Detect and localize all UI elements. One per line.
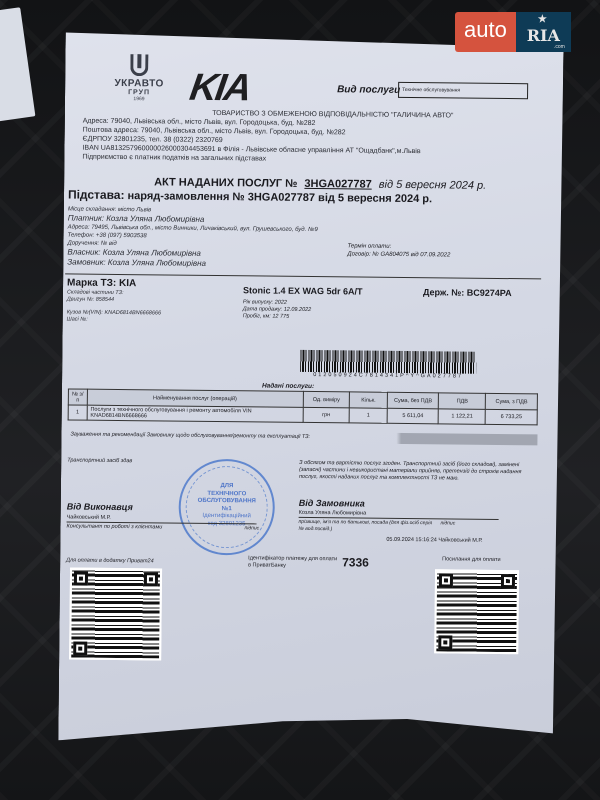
act-number: 3HGA027787 [304, 178, 371, 191]
barcode-text: 012050924C7814341P^Y^GA027787 [300, 372, 476, 380]
privat24-qr-code[interactable] [69, 567, 162, 660]
table-cell: грн [303, 407, 350, 422]
payment-id-label: Ідентифікатор платежу для оплати в Прива… [248, 555, 338, 570]
customer: Замовник: Козла Уляна Любомирівна [67, 257, 367, 270]
service-type-value: Технічне обслуговування [398, 82, 528, 99]
column-header: ПДВ [439, 393, 486, 409]
table-cell: 6 733,25 [485, 409, 537, 425]
company-details: ТОВАРИСТВО З ОБМЕЖЕНОЮ ВІДПОВІДАЛЬНІСТЮ … [82, 108, 523, 167]
remarks: Зауваження та рекомендації Замовнику щод… [67, 429, 537, 445]
autoria-auto-text: auto [455, 12, 516, 52]
services-table: № з/пНайменування послуг (операцій)Од. в… [68, 388, 538, 425]
payment-link-qr-code[interactable] [434, 569, 519, 654]
vehicle-handed: Транспортний засіб здав [67, 457, 132, 464]
executor-title: Від Виконавця [67, 501, 133, 512]
party-details: Місце складання: місто Львів Платник: Ко… [67, 205, 368, 270]
privat24-label: Для оплати в додатку Приват24 [66, 557, 154, 564]
act-date: від 5 вересня 2024 р. [379, 179, 487, 192]
column-header: № з/п [68, 389, 87, 405]
vehicle-ids: Складові частини ТЗ: Двигун №: 858544 Ку… [67, 289, 162, 324]
vehicle-model: Stonic 1.4 EX WAG 5dr 6A/T [243, 285, 363, 296]
ukravto-shield-icon [130, 54, 148, 76]
services-title: Надані послуги: [262, 382, 314, 390]
autoria-ria-box: ★ RIA .com [516, 12, 571, 52]
vehicle-plate: Держ. №: BC9274PA [423, 287, 512, 298]
customer-sign-role: прізвище, ім'я та по батькові, посада (д… [298, 519, 438, 533]
kia-logo: KIA [187, 67, 253, 111]
table-cell: 5 611,04 [387, 408, 439, 424]
vehicle-make: Марка ТЗ: KIA [67, 277, 136, 289]
column-header: Од. виміру [303, 391, 350, 407]
customer-sign-label: підпис [441, 520, 456, 526]
vehicle-info: Рік випуску: 2022 Дата продажу: 12.09.20… [243, 299, 312, 321]
signature-timestamp: 05.09.2024 15:16:24 Чайковський М.Р. [386, 537, 482, 544]
star-icon: ★ [538, 14, 547, 25]
executor-role: Консультант по роботі з клієнтами [66, 523, 162, 530]
customer-sign-title: Від Замовника [299, 498, 365, 509]
executor-name: Чайковський М.Р. [67, 514, 111, 520]
column-header: Кільк. [350, 392, 388, 408]
table-cell: Послуги з технічного обслуговування і ре… [87, 405, 303, 422]
payment-link-label: Посилання для оплати [442, 556, 500, 563]
chassis: Шасі №: [67, 316, 161, 324]
company-stamp: ДЛЯ ТЕХНІЧНОГО ОБСЛУГОВУВАННЯ №1 Ідентиф… [178, 459, 275, 556]
table-cell: 1 [350, 408, 388, 423]
engine-number: Двигун №: 858544 [67, 296, 161, 304]
service-type-label: Вид послуги [337, 84, 400, 96]
act-basis: Підстава: наряд-замовлення № 3HGA027787 … [68, 187, 432, 205]
divider [65, 273, 541, 279]
mileage: Пробіг, км: 12 775 [243, 313, 312, 321]
column-header: Сума, без ПДВ [387, 392, 439, 409]
column-header: Сума, з ПДВ [486, 393, 538, 410]
payment-terms: Термін оплати: Договір: № GA804075 від 0… [347, 242, 450, 259]
executor-sign-label: підпис [244, 525, 259, 531]
customer-agreement: З обсягом та вартістю послуг згоден. Тра… [299, 460, 539, 484]
customer-sign-name: Козла Уляна Любомирівна [299, 510, 367, 517]
table-cell: 1 [68, 405, 87, 420]
barcode [300, 350, 476, 374]
service-act-document: УКРАВТО ГРУП 1969 KIA Вид послуги Техніч… [58, 25, 563, 745]
autoria-watermark: auto ★ RIA .com [455, 12, 571, 52]
table-cell: 1 122,21 [439, 409, 486, 424]
contract: Договір: № GA804075 від 07.09.2022 [347, 250, 450, 259]
payment-id: 7336 [342, 555, 369, 569]
ukravto-logo: УКРАВТО ГРУП 1969 [109, 54, 169, 103]
